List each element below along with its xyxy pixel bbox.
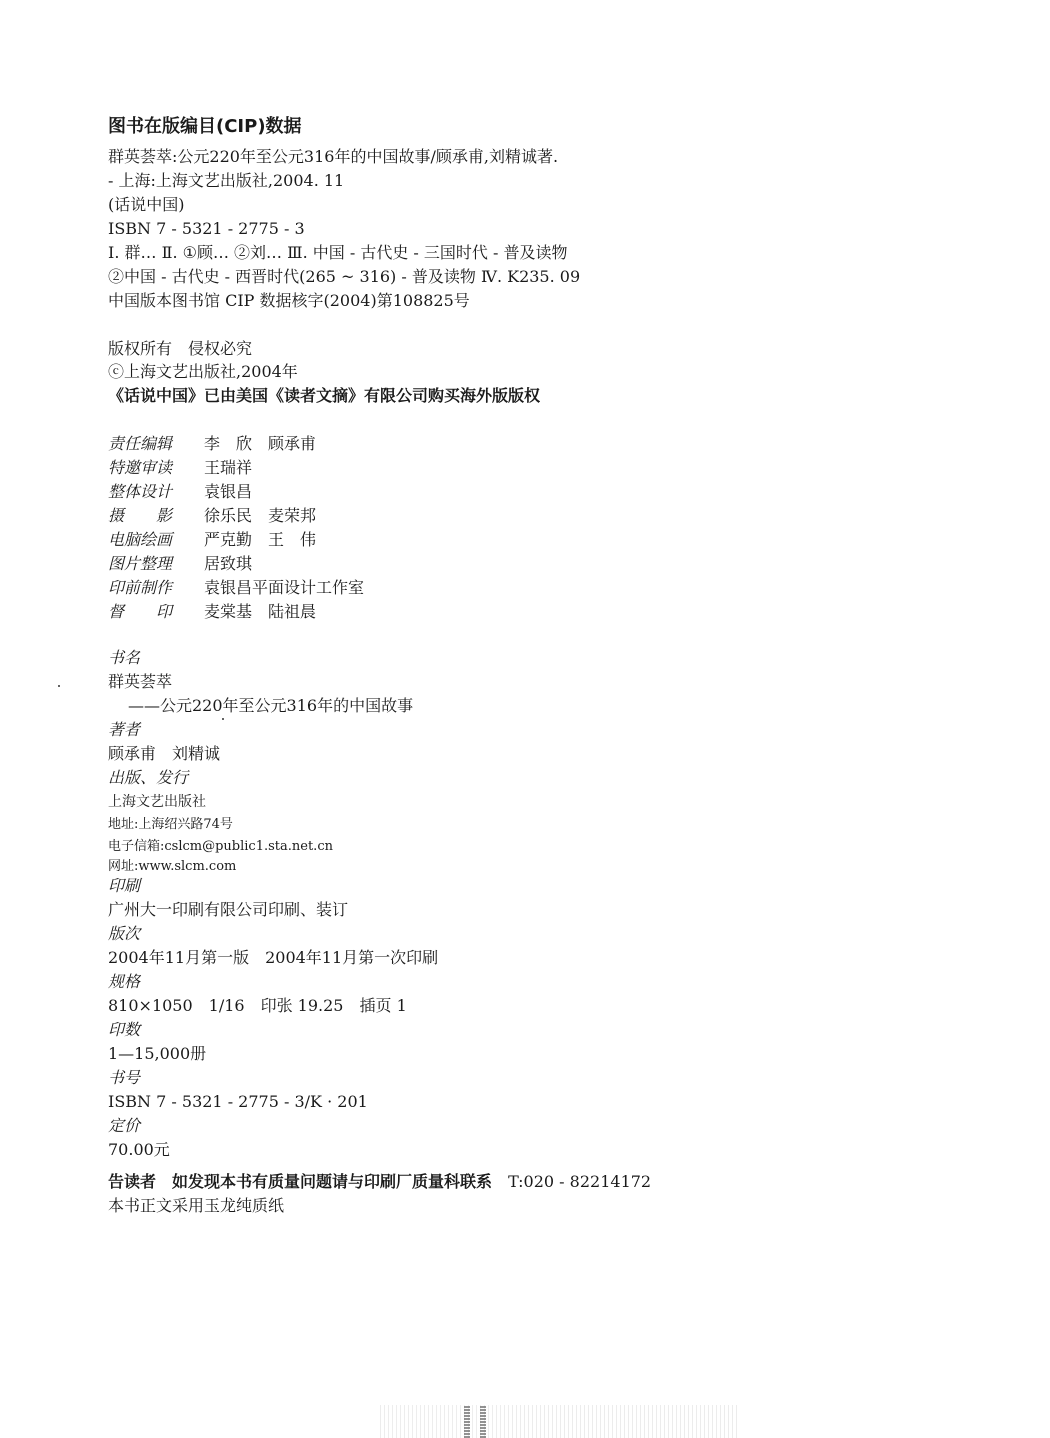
cip-line: Ⅰ. 群… Ⅱ. ①顾… ②刘… Ⅲ. 中国 - 古代史 - 三国时代 - 普及… xyxy=(108,243,567,263)
notice-label: 告读者 xyxy=(108,1172,156,1191)
cip-line: 中国版本图书馆 CIP 数据核字(2004)第108825号 xyxy=(108,291,470,311)
credit-row: 特邀审读王瑞祥 xyxy=(108,458,252,478)
scan-speck xyxy=(222,718,224,720)
printing-label: 印刷 xyxy=(108,876,140,896)
notice-text: 如发现本书有质量问题请与印刷厂质量科联系 xyxy=(172,1172,492,1191)
book-subtitle: ——公元220年至公元316年的中国故事 xyxy=(128,696,413,716)
paper-note: 本书正文采用玉龙纯质纸 xyxy=(108,1196,284,1216)
credit-row: 责任编辑李 欣 顾承甫 xyxy=(108,434,316,454)
publisher-email: 电子信箱:cslcm@public1.sta.net.cn xyxy=(108,837,333,857)
price: 70.00元 xyxy=(108,1140,170,1160)
isbn: ISBN 7 - 5321 - 2775 - 3/K · 201 xyxy=(108,1092,368,1112)
credit-names: 麦棠基 陆祖晨 xyxy=(204,602,316,622)
credit-names: 李 欣 顾承甫 xyxy=(204,434,316,454)
authors-label: 著者 xyxy=(108,720,140,740)
credit-role: 图片整理 xyxy=(108,554,204,574)
scan-artifact xyxy=(380,1405,740,1438)
cip-line: 群英荟萃:公元220年至公元316年的中国故事/顾承甫,刘精诚著. xyxy=(108,147,558,167)
authors: 顾承甫 刘精诚 xyxy=(108,744,220,764)
publisher-label: 出版、发行 xyxy=(108,768,188,788)
copyright-page: 图书在版编目(CIP)数据 群英荟萃:公元220年至公元316年的中国故事/顾承… xyxy=(0,0,1050,1438)
publisher-website: 网址:www.slcm.com xyxy=(108,857,236,877)
credit-names: 居致琪 xyxy=(204,554,252,574)
reader-notice: 告读者 如发现本书有质量问题请与印刷厂质量科联系 T:020 - 8221417… xyxy=(108,1172,651,1192)
spec-label: 规格 xyxy=(108,972,140,992)
cip-line: ②中国 - 古代史 - 西晋时代(265 ~ 316) - 普及读物 Ⅳ. K2… xyxy=(108,267,580,287)
scan-artifact-mark xyxy=(464,1405,470,1438)
credit-row: 电脑绘画严克勤 王 伟 xyxy=(108,530,316,550)
license-notice: 《话说中国》已由美国《读者文摘》有限公司购买海外版版权 xyxy=(108,386,540,406)
publisher: 上海文艺出版社 xyxy=(108,792,206,812)
credit-role: 电脑绘画 xyxy=(108,530,204,550)
scan-artifact-mark xyxy=(480,1405,486,1438)
credit-role: 印前制作 xyxy=(108,578,204,598)
scan-speck xyxy=(58,685,60,687)
rights-reserved: 版权所有 侵权必究 xyxy=(108,339,252,359)
credit-role: 责任编辑 xyxy=(108,434,204,454)
credit-role: 摄 影 xyxy=(108,506,204,526)
credit-names: 袁银昌 xyxy=(204,482,252,502)
cip-heading: 图书在版编目(CIP)数据 xyxy=(108,117,302,137)
credit-role: 督 印 xyxy=(108,602,204,622)
credit-names: 袁银昌平面设计工作室 xyxy=(204,578,364,598)
credit-row: 摄 影徐乐民 麦荣邦 xyxy=(108,506,316,526)
spec: 810×1050 1/16 印张 19.25 插页 1 xyxy=(108,996,407,1016)
isbn-label: 书号 xyxy=(108,1068,140,1088)
credit-role: 特邀审读 xyxy=(108,458,204,478)
edition-label: 版次 xyxy=(108,924,140,944)
credit-row: 图片整理居致琪 xyxy=(108,554,252,574)
book-title: 群英荟萃 xyxy=(108,672,172,692)
credit-names: 王瑞祥 xyxy=(204,458,252,478)
cip-line: (话说中国) xyxy=(108,195,185,215)
print-run: 1—15,000册 xyxy=(108,1044,206,1064)
credit-names: 徐乐民 麦荣邦 xyxy=(204,506,316,526)
cip-isbn: ISBN 7 - 5321 - 2775 - 3 xyxy=(108,219,305,239)
printer: 广州大一印刷有限公司印刷、装订 xyxy=(108,900,348,920)
copyright-holder: ⓒ上海文艺出版社,2004年 xyxy=(108,362,298,382)
title-label: 书名 xyxy=(108,648,140,668)
edition: 2004年11月第一版 2004年11月第一次印刷 xyxy=(108,948,438,968)
notice-phone: T:020 - 82214172 xyxy=(508,1172,651,1191)
credit-row: 印前制作袁银昌平面设计工作室 xyxy=(108,578,364,598)
credit-row: 督 印麦棠基 陆祖晨 xyxy=(108,602,316,622)
credit-row: 整体设计袁银昌 xyxy=(108,482,252,502)
credit-names: 严克勤 王 伟 xyxy=(204,530,316,550)
price-label: 定价 xyxy=(108,1116,140,1136)
publisher-address: 地址:上海绍兴路74号 xyxy=(108,815,233,835)
print-run-label: 印数 xyxy=(108,1020,140,1040)
cip-line: - 上海:上海文艺出版社,2004. 11 xyxy=(108,171,344,191)
credit-role: 整体设计 xyxy=(108,482,204,502)
